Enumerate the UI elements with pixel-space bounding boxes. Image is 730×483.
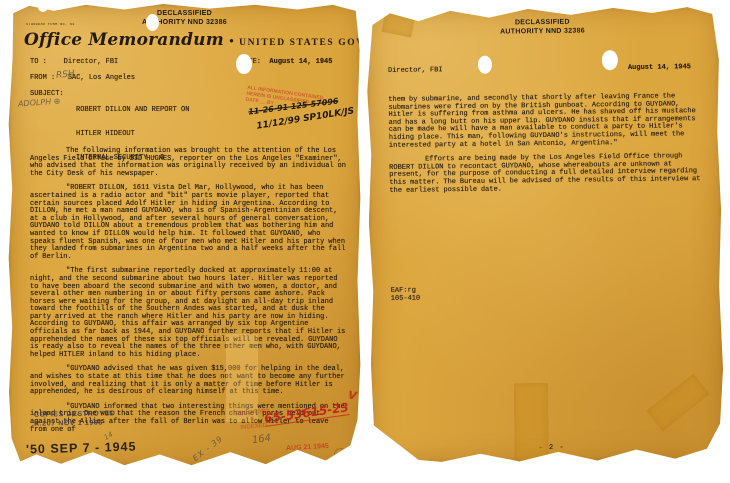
document-scan: DECLASSIFIED AUTHORITY NND 32386 STANDAR…: [0, 0, 730, 483]
from-row: FROM : SAC, Los Angeles: [30, 74, 135, 82]
paper-tear-hole: [38, 2, 48, 12]
pencil-164: 164: [251, 433, 271, 447]
red-x-mark: ✗: [297, 450, 313, 467]
file-number-typed: 105-410: [391, 295, 421, 303]
declassified-line2: AUTHORITY NND 32386: [500, 27, 585, 37]
to-value: Director, FBI: [64, 58, 119, 66]
copies-destroyed-line2: R.207 NOV 1 1966: [34, 418, 116, 428]
paper-tear-hole: [602, 50, 618, 70]
paragraph: "The first submarine reportedly docked a…: [30, 268, 348, 359]
typist-initials-block: EAF:rg 105-410: [391, 287, 421, 303]
from-label: FROM :: [30, 74, 55, 82]
declassified-stamp-p2: DECLASSIFIED AUTHORITY NND 32386: [500, 18, 585, 36]
paper-tear-hole: [478, 56, 492, 74]
paragraph: "ROBERT DILLON, 1611 Vista Del Mar, Holl…: [30, 185, 348, 261]
tape-mark: [226, 334, 258, 422]
paper-tear-hole: [146, 14, 159, 31]
tape-mark: [647, 373, 710, 431]
paper-tear-hole: [236, 54, 252, 74]
paragraph: "GUYDANO advised that he was given $15,0…: [30, 366, 348, 396]
date-p2: August 14, 1945: [628, 63, 691, 72]
to-label: TO :: [30, 58, 47, 66]
memo-body-page1: The following information was brought to…: [30, 148, 348, 441]
to-row: TO : Director, FBI: [30, 58, 118, 66]
from-value: SAC, Los Angeles: [68, 74, 135, 82]
circled-pencil-number: 4: [334, 448, 347, 461]
memo-body-page2: them by submarine, and secondly that sho…: [388, 93, 707, 202]
paragraph: them by submarine, and secondly that sho…: [388, 93, 707, 150]
office-memorandum-title: Office Memorandum: [24, 30, 224, 50]
paragraph: The following information was brought to…: [30, 148, 348, 178]
addressee-p2: Director, FBI: [388, 66, 443, 75]
memo-masthead: Office Memorandum•UNITED STATES GOVERNME…: [24, 30, 354, 50]
subject-line1: ROBERT DILLON AND REPORT ON: [76, 106, 189, 114]
masthead-bullet: •: [224, 35, 239, 49]
received-date-stamp: '50 SEP 7 - 1945: [26, 440, 137, 457]
subject-line2: HITLER HIDEOUT: [76, 130, 189, 138]
from-handwritten-initials: RSH: [56, 69, 76, 81]
adolph-pencil-annotation: ADOLPH ⊕: [18, 97, 61, 109]
memo-page-2: DECLASSIFIED AUTHORITY NND 32386 Directo…: [365, 5, 725, 464]
date-row: DATE: August 14, 1945: [240, 58, 332, 66]
red-margin-check: V: [347, 388, 358, 402]
standard-form-number: STANDARD FORM No. 64: [26, 23, 75, 27]
copies-destroyed-stamp: COPIES DESTROYED R.207 NOV 1 1966: [34, 409, 116, 428]
tape-mark: [382, 10, 416, 37]
paragraph: Efforts are being made by the Los Angele…: [389, 153, 707, 195]
date-value: August 14, 1945: [269, 58, 332, 66]
tape-mark: [514, 383, 549, 463]
memo-page-1: DECLASSIFIED AUTHORITY NND 32386 STANDAR…: [8, 4, 361, 466]
aug-21-1945-stamp: AUG 21 1945: [286, 443, 329, 452]
